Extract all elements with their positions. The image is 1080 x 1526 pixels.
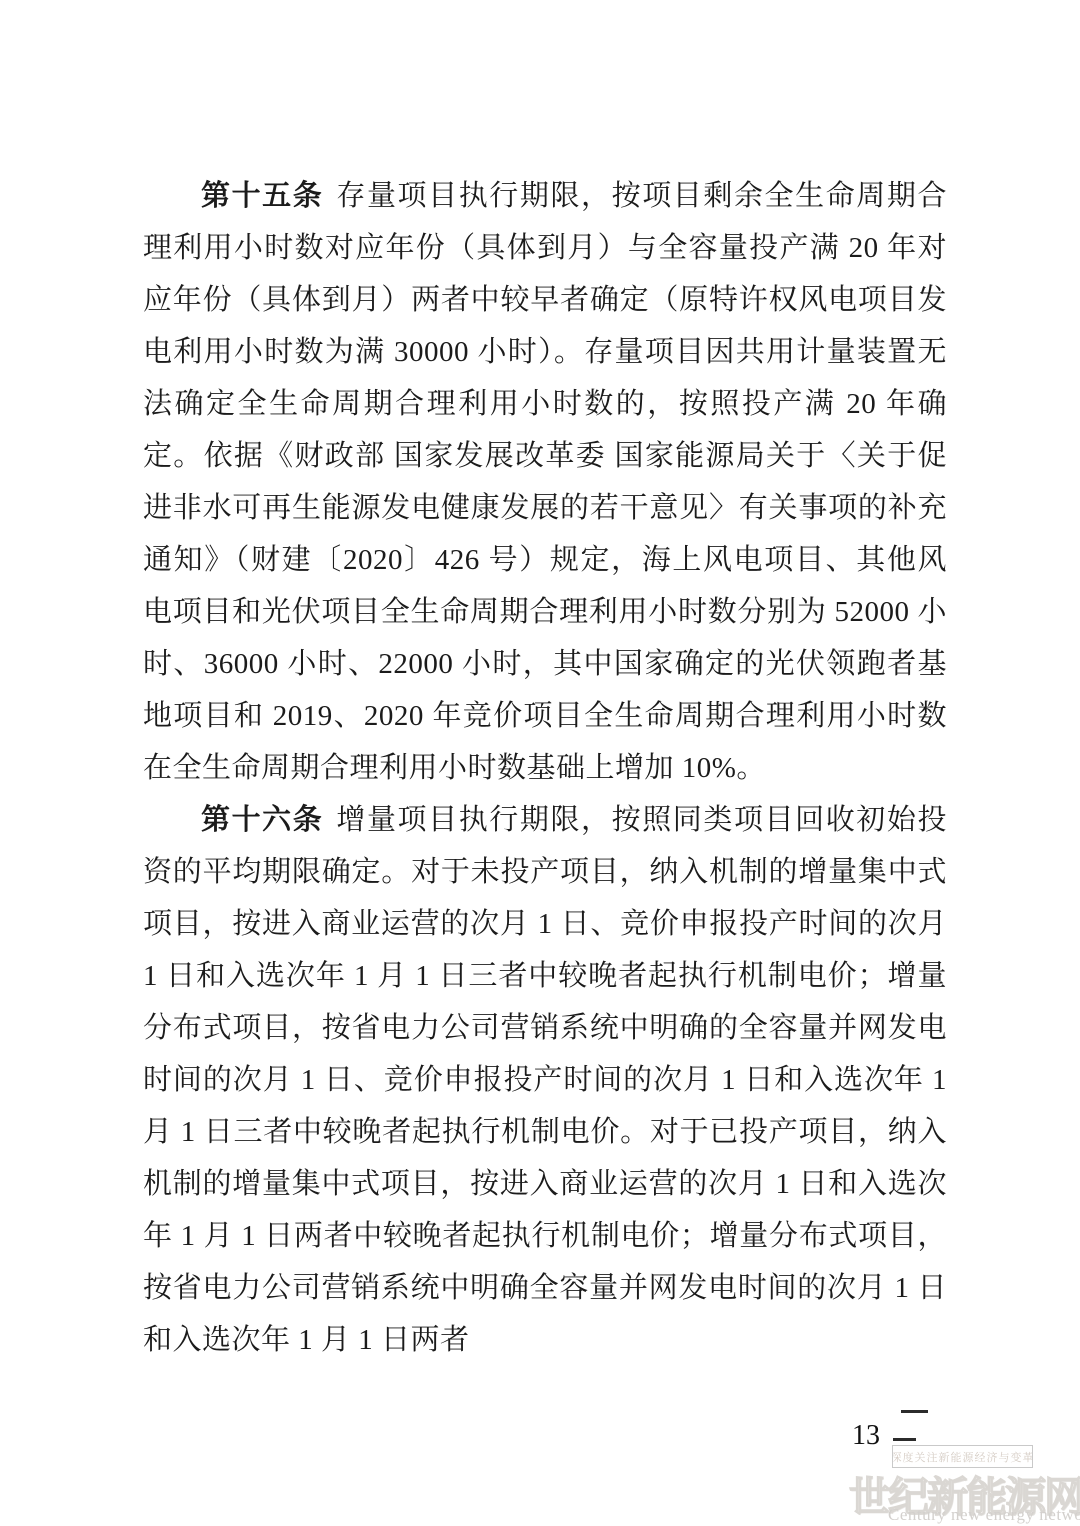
watermark-brand-en: Century new energy network <box>888 1505 1080 1525</box>
article-16-paragraph: 第十六条增量项目执行期限，按照同类项目回收初始投资的平均期限确定。对于未投产项目… <box>143 794 947 1366</box>
article-16-text: 增量项目执行期限，按照同类项目回收初始投资的平均期限确定。对于未投产项目，纳入机… <box>143 804 947 1356</box>
page-number: 13 <box>852 1420 880 1452</box>
document-body: 第十五条存量项目执行期限，按项目剩余全生命周期合理利用小时数对应年份（具体到月）… <box>143 170 947 1366</box>
article-15-heading: 第十五条 <box>201 180 323 212</box>
article-15-paragraph: 第十五条存量项目执行期限，按项目剩余全生命周期合理利用小时数对应年份（具体到月）… <box>143 170 947 794</box>
article-16-heading: 第十六条 <box>201 804 323 836</box>
document-page: 第十五条存量项目执行期限，按项目剩余全生命周期合理利用小时数对应年份（具体到月）… <box>0 0 1080 1526</box>
page-number-dash-top <box>901 1410 928 1413</box>
page-number-dash-right <box>893 1438 916 1441</box>
article-15-text: 存量项目执行期限，按项目剩余全生命周期合理利用小时数对应年份（具体到月）与全容量… <box>143 180 947 784</box>
